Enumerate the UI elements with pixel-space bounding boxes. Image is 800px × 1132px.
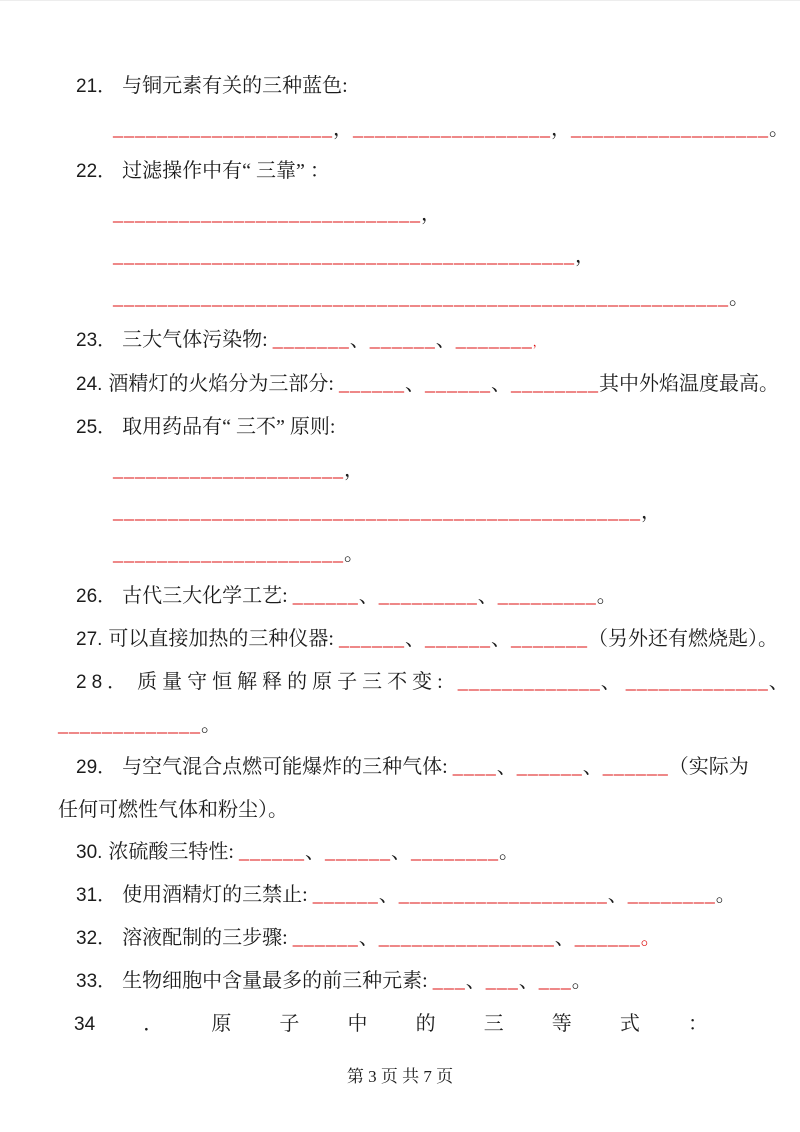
text-run: 与空气混合点燃可能爆炸的三种气体:: [122, 756, 453, 778]
blank-field: ________: [511, 373, 599, 395]
blank-field: ________________: [379, 927, 555, 949]
blank-field: ______: [575, 927, 641, 949]
row-21-blanks: ____________________，__________________，…: [0, 108, 800, 150]
text-run: ，: [551, 118, 571, 140]
blank-field: _______: [511, 628, 588, 650]
blank-field: ___: [486, 970, 519, 992]
row-28-cont: _____________。: [0, 704, 800, 746]
blank-field: ______: [425, 628, 491, 650]
text-run: 、: [359, 585, 379, 607]
text-run: 。: [572, 970, 592, 992]
item-number: 27.: [76, 629, 108, 650]
blank-field: __________________: [571, 118, 769, 140]
blank-field: ____________________: [113, 118, 333, 140]
row-33: 33．生物细胞中含量最多的前三种元素: ___、___、___。: [0, 960, 800, 1003]
item-number: 29．: [76, 757, 122, 778]
blank-field: ____: [453, 756, 497, 778]
text-run: 浓硫酸三特性:: [108, 841, 239, 863]
row-23: 23．三大气体污染物: _______、______、_______，: [0, 319, 800, 363]
row-25-blank-1: _____________________，: [0, 449, 800, 491]
row-22-blank-1: ____________________________，: [0, 193, 800, 235]
text-run: 与铜元素有关的三种蓝色:: [122, 75, 348, 97]
justified-token: 34: [74, 1004, 95, 1046]
row-31: 31．使用酒精灯的三禁止: ______、___________________…: [0, 874, 800, 917]
justified-token: 等: [552, 1003, 572, 1045]
justified-token: 中: [348, 1003, 368, 1045]
blank-field: ________________________________________…: [113, 287, 729, 309]
item-number: 31．: [76, 885, 122, 906]
blank-field: ______: [325, 841, 391, 863]
item-number: 30.: [76, 842, 108, 863]
row-34: 34．原子中的三等式：: [0, 1003, 800, 1046]
blank-field: _____________________: [113, 543, 344, 565]
page-footer: 第 3 页 共 7 页: [0, 1056, 800, 1098]
text-run: 生物细胞中含量最多的前三种元素:: [122, 970, 433, 992]
blank-field: ____________________________: [113, 203, 421, 225]
blank-field: _____________: [58, 714, 201, 736]
worksheet-page: { "page": { "footer": "第 3 页 共 7 页" }, "…: [0, 0, 800, 1132]
row-22-blank-3: ________________________________________…: [0, 277, 800, 319]
text-run: 、: [466, 970, 486, 992]
text-run: 。: [344, 543, 364, 565]
item-number: 22．: [76, 161, 122, 182]
blank-field: ________: [628, 884, 716, 906]
blank-field: ______: [339, 373, 405, 395]
text-run: 其中外焰温度最高。: [599, 373, 779, 395]
row-26: 26．古代三大化学工艺: ______、_________、_________。: [0, 575, 800, 618]
row-22-label: 22．过滤操作中有“ 三靠” ：: [0, 150, 800, 193]
row-32: 32．溶液配制的三步骤: ______、________________、___…: [0, 917, 800, 960]
text-run: 、: [379, 884, 399, 906]
blank-field: ___________________: [399, 884, 608, 906]
worksheet-body: 21．与铜元素有关的三种蓝色:____________________，____…: [0, 1, 800, 1046]
text-run: 、: [405, 373, 425, 395]
blank-field: ___: [539, 970, 572, 992]
justified-token: 原: [211, 1003, 231, 1045]
blank-field: ______: [239, 841, 305, 863]
blank-field: ___: [433, 970, 466, 992]
blank-field: __________________: [353, 118, 551, 140]
row-24: 24.酒精灯的火焰分为三部分: ______、______、________其中…: [0, 363, 800, 406]
text-run: （另外还有燃烧匙）。: [588, 628, 778, 650]
text-run: ，: [641, 501, 661, 523]
row-25-blank-2: ________________________________________…: [0, 491, 800, 533]
text-run: 、: [478, 585, 498, 607]
justified-token: 的: [416, 1003, 436, 1045]
text-run: 、: [583, 756, 603, 778]
text-run: 。: [499, 841, 519, 863]
blank-field: ________________________________________…: [113, 245, 575, 267]
blank-field: _____________: [626, 671, 769, 693]
item-number: 32．: [76, 928, 122, 949]
text-run: 、: [350, 329, 370, 351]
text-run: 、: [436, 329, 456, 351]
justified-token: 式: [620, 1003, 640, 1045]
blank-field: ______: [313, 884, 379, 906]
row-29: 29．与空气混合点燃可能爆炸的三种气体: ____、______、______（…: [0, 746, 800, 789]
blank-field: _____________: [458, 671, 601, 693]
justified-token: ：: [688, 1003, 708, 1045]
row-21-label: 21．与铜元素有关的三种蓝色:: [0, 65, 800, 108]
text-run: 。: [597, 585, 617, 607]
text-run: 、: [601, 671, 626, 693]
justified-token: ．: [143, 1003, 163, 1045]
text-run: 、: [359, 927, 379, 949]
text-run: 任何可燃性气体和粉尘）。: [58, 799, 288, 821]
blank-field: _____________________: [113, 459, 344, 481]
blank-field: ______: [339, 628, 405, 650]
item-number: 25．: [76, 417, 122, 438]
red-punctuation: 。: [641, 927, 661, 949]
text-run: 。: [201, 714, 221, 736]
text-run: 、: [608, 884, 628, 906]
row-28: 28．质量守恒解释的原子三不变: _____________、_________…: [0, 661, 800, 704]
text-run: 、: [555, 927, 575, 949]
blank-field: _________: [379, 585, 478, 607]
blank-field: ________________________________________…: [113, 501, 641, 523]
row-30: 30.浓硫酸三特性: ______、______、________。: [0, 831, 800, 874]
blank-field: ______: [517, 756, 583, 778]
item-number: 28．: [76, 672, 137, 693]
blank-field: ________: [411, 841, 499, 863]
text-run: ，: [575, 245, 595, 267]
item-number: 26．: [76, 586, 122, 607]
row-25-label: 25．取用药品有“ 三不” 原则:: [0, 406, 800, 449]
text-run: 古代三大化学工艺:: [122, 585, 293, 607]
text-run: 三大气体污染物:: [122, 329, 273, 351]
justified-token: 子: [279, 1003, 299, 1045]
text-run: 。: [769, 118, 789, 140]
text-run: ，: [333, 118, 353, 140]
text-run: 。: [729, 287, 749, 309]
row-22-blank-2: ________________________________________…: [0, 235, 800, 277]
text-run: 、: [519, 970, 539, 992]
justified-token: 三: [484, 1003, 504, 1045]
text-run: ，: [344, 459, 364, 481]
text-run: ，: [421, 203, 441, 225]
blank-field: _______: [456, 329, 533, 351]
text-run: 过滤操作中有“ 三靠” ：: [122, 160, 330, 182]
text-run: 可以直接加热的三种仪器:: [108, 628, 339, 650]
text-run: 取用药品有“ 三不” 原则:: [122, 416, 335, 438]
text-run: 、: [491, 373, 511, 395]
blank-field: ______: [370, 329, 436, 351]
blank-field: _______: [273, 329, 350, 351]
blank-field: ______: [603, 756, 669, 778]
item-number: 23．: [76, 330, 122, 351]
text-run: 。: [716, 884, 736, 906]
text-run: 、: [391, 841, 411, 863]
text-run: 溶液配制的三步骤:: [122, 927, 293, 949]
text-run: 、: [491, 628, 511, 650]
item-number: 24.: [76, 374, 108, 395]
red-mark: ，: [533, 335, 545, 349]
row-25-blank-3: _____________________。: [0, 533, 800, 575]
blank-field: _________: [498, 585, 597, 607]
text-run: 使用酒精灯的三禁止:: [122, 884, 313, 906]
text-run: 、: [405, 628, 425, 650]
blank-field: ______: [293, 585, 359, 607]
row-27: 27.可以直接加热的三种仪器: ______、______、_______（另外…: [0, 618, 800, 661]
blank-field: ______: [425, 373, 491, 395]
row-29-cont: 任何可燃性气体和粉尘）。: [0, 789, 800, 831]
text-run: 、: [769, 671, 794, 693]
blank-field: ______: [293, 927, 359, 949]
text-run: 质量守恒解释的原子三不变:: [137, 671, 458, 693]
text-run: 酒精灯的火焰分为三部分:: [108, 373, 339, 395]
item-number: 33．: [76, 971, 122, 992]
text-run: 、: [305, 841, 325, 863]
item-number: 21．: [76, 76, 122, 97]
text-run: （实际为: [669, 756, 749, 778]
text-run: 、: [497, 756, 517, 778]
